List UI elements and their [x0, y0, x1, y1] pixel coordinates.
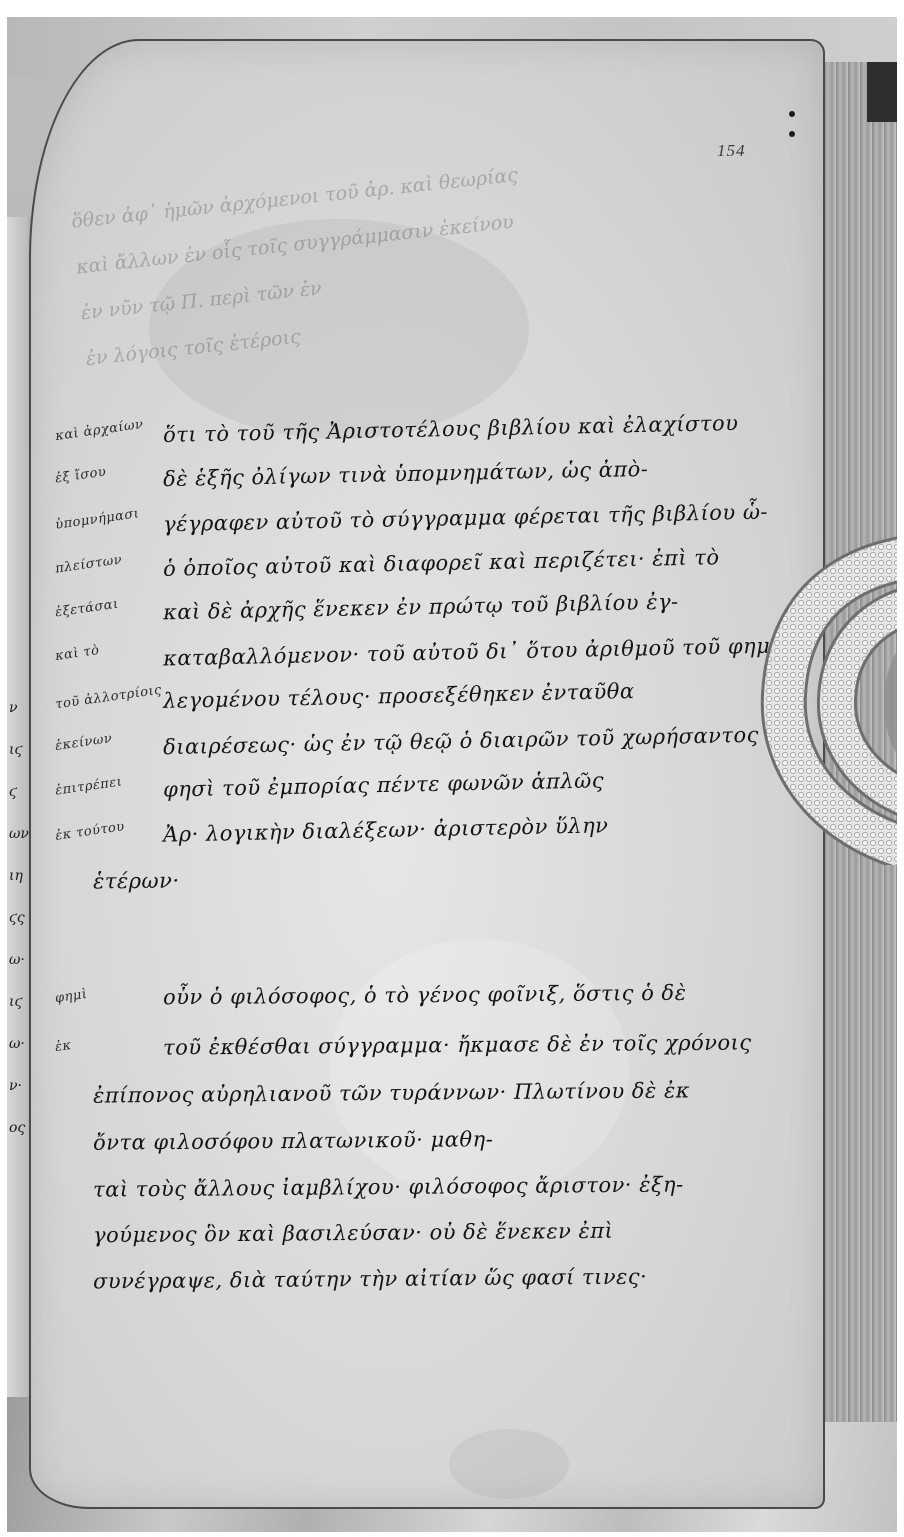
- manuscript-line: ὄντα φιλοσόφου πλατωνικοῦ· μαθη-: [93, 1127, 493, 1154]
- manuscript-line: ταὶ τοὺς ἄλλους ἰαμβλίχου· φιλόσοφος ἄρι…: [93, 1172, 684, 1201]
- manuscript-photo-scene: νιϛϛωνιηϛςω·ιϛω·ν·ος 154 ὅθεν ἀφ᾽ ἡμῶν ἀ…: [0, 0, 904, 1537]
- manuscript-line-margin-word: ἐξετάσαι: [54, 597, 119, 621]
- manuscript-line: οὖν ὁ φιλόσοφος, ὁ τὸ γένος φοῖνιξ, ὅστι…: [163, 981, 687, 1010]
- manuscript-folio: 154 ὅθεν ἀφ᾽ ἡμῶν ἀρχόμενοι τοῦ ἀρ. καὶ …: [29, 39, 825, 1509]
- manuscript-line-margin-word: ἐκ τούτου: [54, 819, 125, 844]
- manuscript-line-margin-word: καὶ ἀρχαίων: [54, 417, 144, 444]
- manuscript-line: διαιρέσεως· ὡς ἐν τῷ θεῷ ὁ διαιρῶν τοῦ χ…: [163, 722, 759, 758]
- manuscript-line-margin-word: καὶ τὸ: [54, 642, 100, 663]
- manuscript-line-margin-word: τοῦ ἀλλοτρίοις: [54, 683, 162, 713]
- ink-dots: [789, 111, 797, 151]
- manuscript-line: συνέγραψε, διὰ ταύτην τὴν αἰτίαν ὥς φασί…: [93, 1265, 647, 1294]
- manuscript-line: γέγραφεν αὐτοῦ τὸ σύγγραμμα φέρεται τῆς …: [163, 500, 768, 537]
- manuscript-line: καὶ δὲ ἀρχῆς ἕνεκεν ἐν πρώτῳ τοῦ βιβλίου…: [163, 590, 679, 625]
- page-highlight: [329, 939, 629, 1199]
- manuscript-line-margin-word: ἐπιτρέπει: [54, 774, 123, 798]
- manuscript-line-margin-word: ἐξ ἴσου: [54, 464, 107, 486]
- manuscript-line: Ἀρ· λογικὴν διαλέξεων· ἀριστερὸν ὕλην: [163, 813, 609, 846]
- manuscript-line: φησὶ τοῦ ἐμπορίας πέντε φωνῶν ἁπλῶς: [163, 768, 604, 801]
- book-edge-shadow: [867, 62, 897, 122]
- manuscript-line-margin-word: ὑπομνήμασι: [54, 506, 140, 533]
- photograph: νιϛϛωνιηϛςω·ιϛω·ν·ος 154 ὅθεν ἀφ᾽ ἡμῶν ἀ…: [7, 17, 897, 1532]
- rope-weight-icon: [749, 535, 897, 865]
- manuscript-line: δὲ ἑξῆς ὀλίγων τινὰ ὑπομνημάτων, ὡς ἀπὸ-: [163, 456, 649, 490]
- manuscript-line-margin-word: ἐκ: [54, 1038, 72, 1055]
- manuscript-line: καταβαλλόμενον· τοῦ αὐτοῦ δι᾽ ὅτου ἀριθμ…: [163, 633, 779, 670]
- manuscript-line: ὁ ὁποῖος αὐτοῦ καὶ διαφορεῖ καὶ περιζέτε…: [163, 545, 720, 581]
- manuscript-line-margin-word: πλείστων: [54, 552, 123, 576]
- page-stain: [449, 1429, 569, 1499]
- folio-number: 154: [717, 141, 746, 161]
- faded-erased-text: ὅθεν ἀφ᾽ ἡμῶν ἀρχόμενοι τοῦ ἀρ. καὶ θεωρ…: [69, 134, 705, 382]
- manuscript-line: τοῦ ἐκθέσθαι σύγγραμμα· ἤκμασε δὲ ἐν τοῖ…: [163, 1030, 752, 1059]
- manuscript-line-margin-word: φημὶ: [54, 987, 88, 1006]
- manuscript-line-margin-word: ἐκείνων: [54, 731, 113, 754]
- manuscript-line: γούμενος ὃν καὶ βασιλεύσαν· οὐ δὲ ἕνεκεν…: [93, 1219, 614, 1248]
- manuscript-line: ἑτέρων·: [93, 869, 180, 894]
- manuscript-line: λεγομένου τέλους· προσεξέθηκεν ἐνταῦθα: [163, 679, 635, 713]
